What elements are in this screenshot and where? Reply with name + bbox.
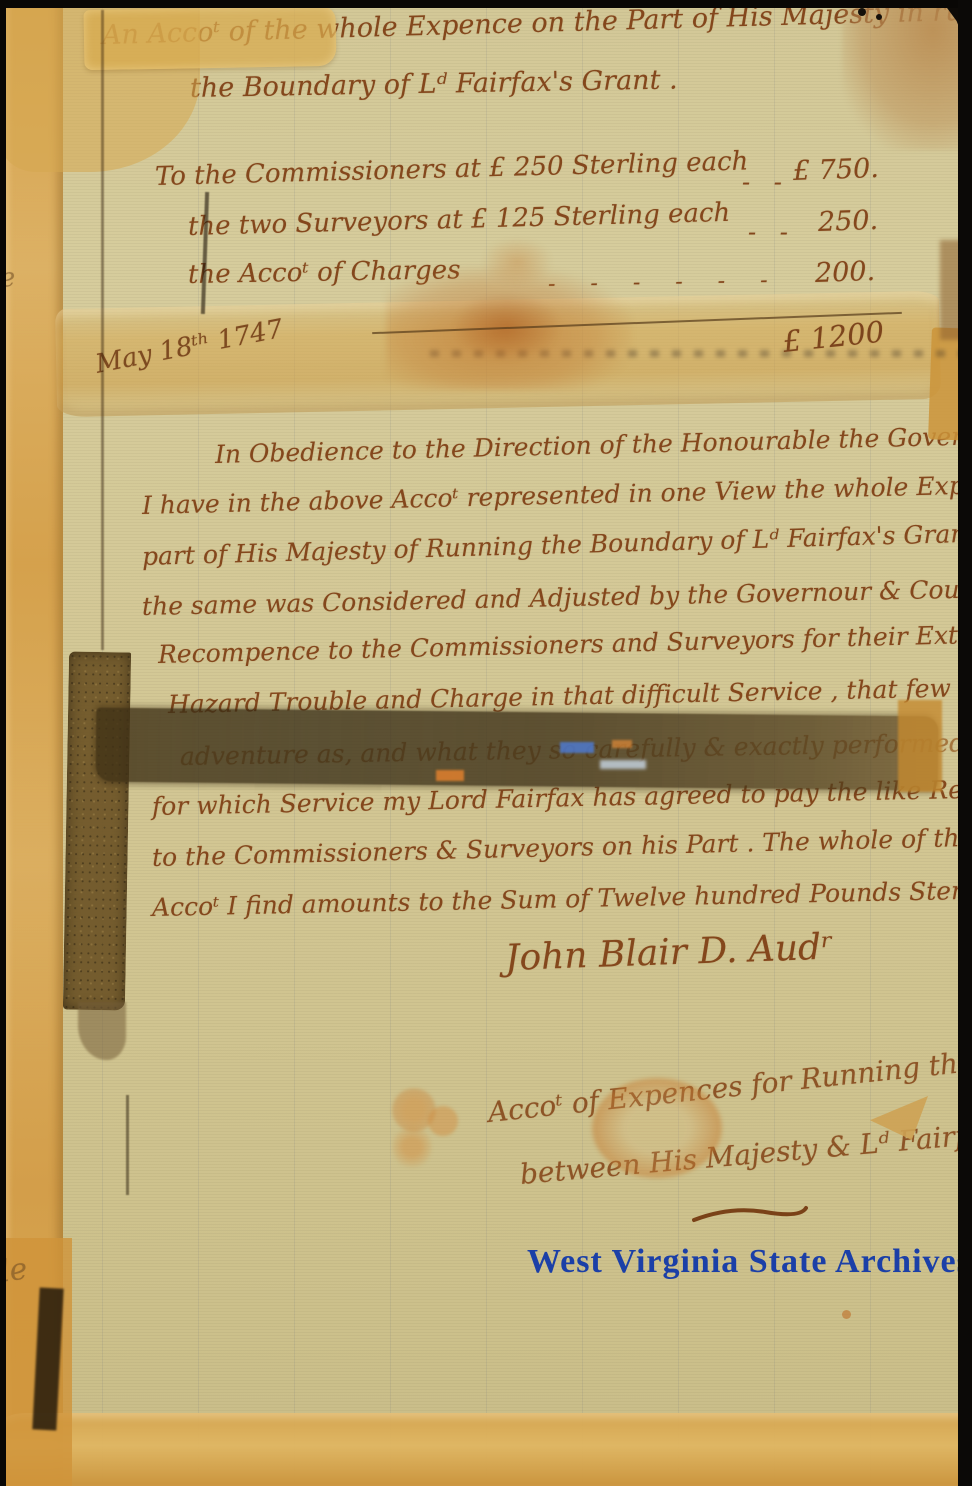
document-scan: An Accoᵗ of the whole Expence on the Par… <box>0 0 972 1486</box>
speck-top-right <box>876 14 882 20</box>
crease-left-tape <box>101 10 104 650</box>
scan-edge-right <box>958 0 972 1486</box>
speck-top-right <box>858 8 866 16</box>
account-row-amount: 250. <box>817 205 878 238</box>
account-row-amount: 200. <box>814 256 875 289</box>
tape-patch-title <box>83 6 336 70</box>
account-row-amount: £ 750. <box>792 153 879 187</box>
account-row-dashes: - - <box>748 218 796 246</box>
tape-band-bottom <box>0 1413 972 1486</box>
crack-lower <box>126 1095 129 1195</box>
dark-tape-band <box>96 708 939 791</box>
archive-stamp-text: West Virginia State Archives <box>527 1243 971 1281</box>
scan-edge-top <box>0 0 972 8</box>
ink-flourish <box>690 1198 810 1228</box>
account-row-label: the Accoᵗ of Charges <box>188 255 461 290</box>
account-row-dashes: - - - - - - <box>548 268 782 297</box>
scan-edge-left <box>0 0 6 1486</box>
dark-tape-vertical <box>63 651 131 1010</box>
account-row-dashes: - - <box>742 168 790 196</box>
